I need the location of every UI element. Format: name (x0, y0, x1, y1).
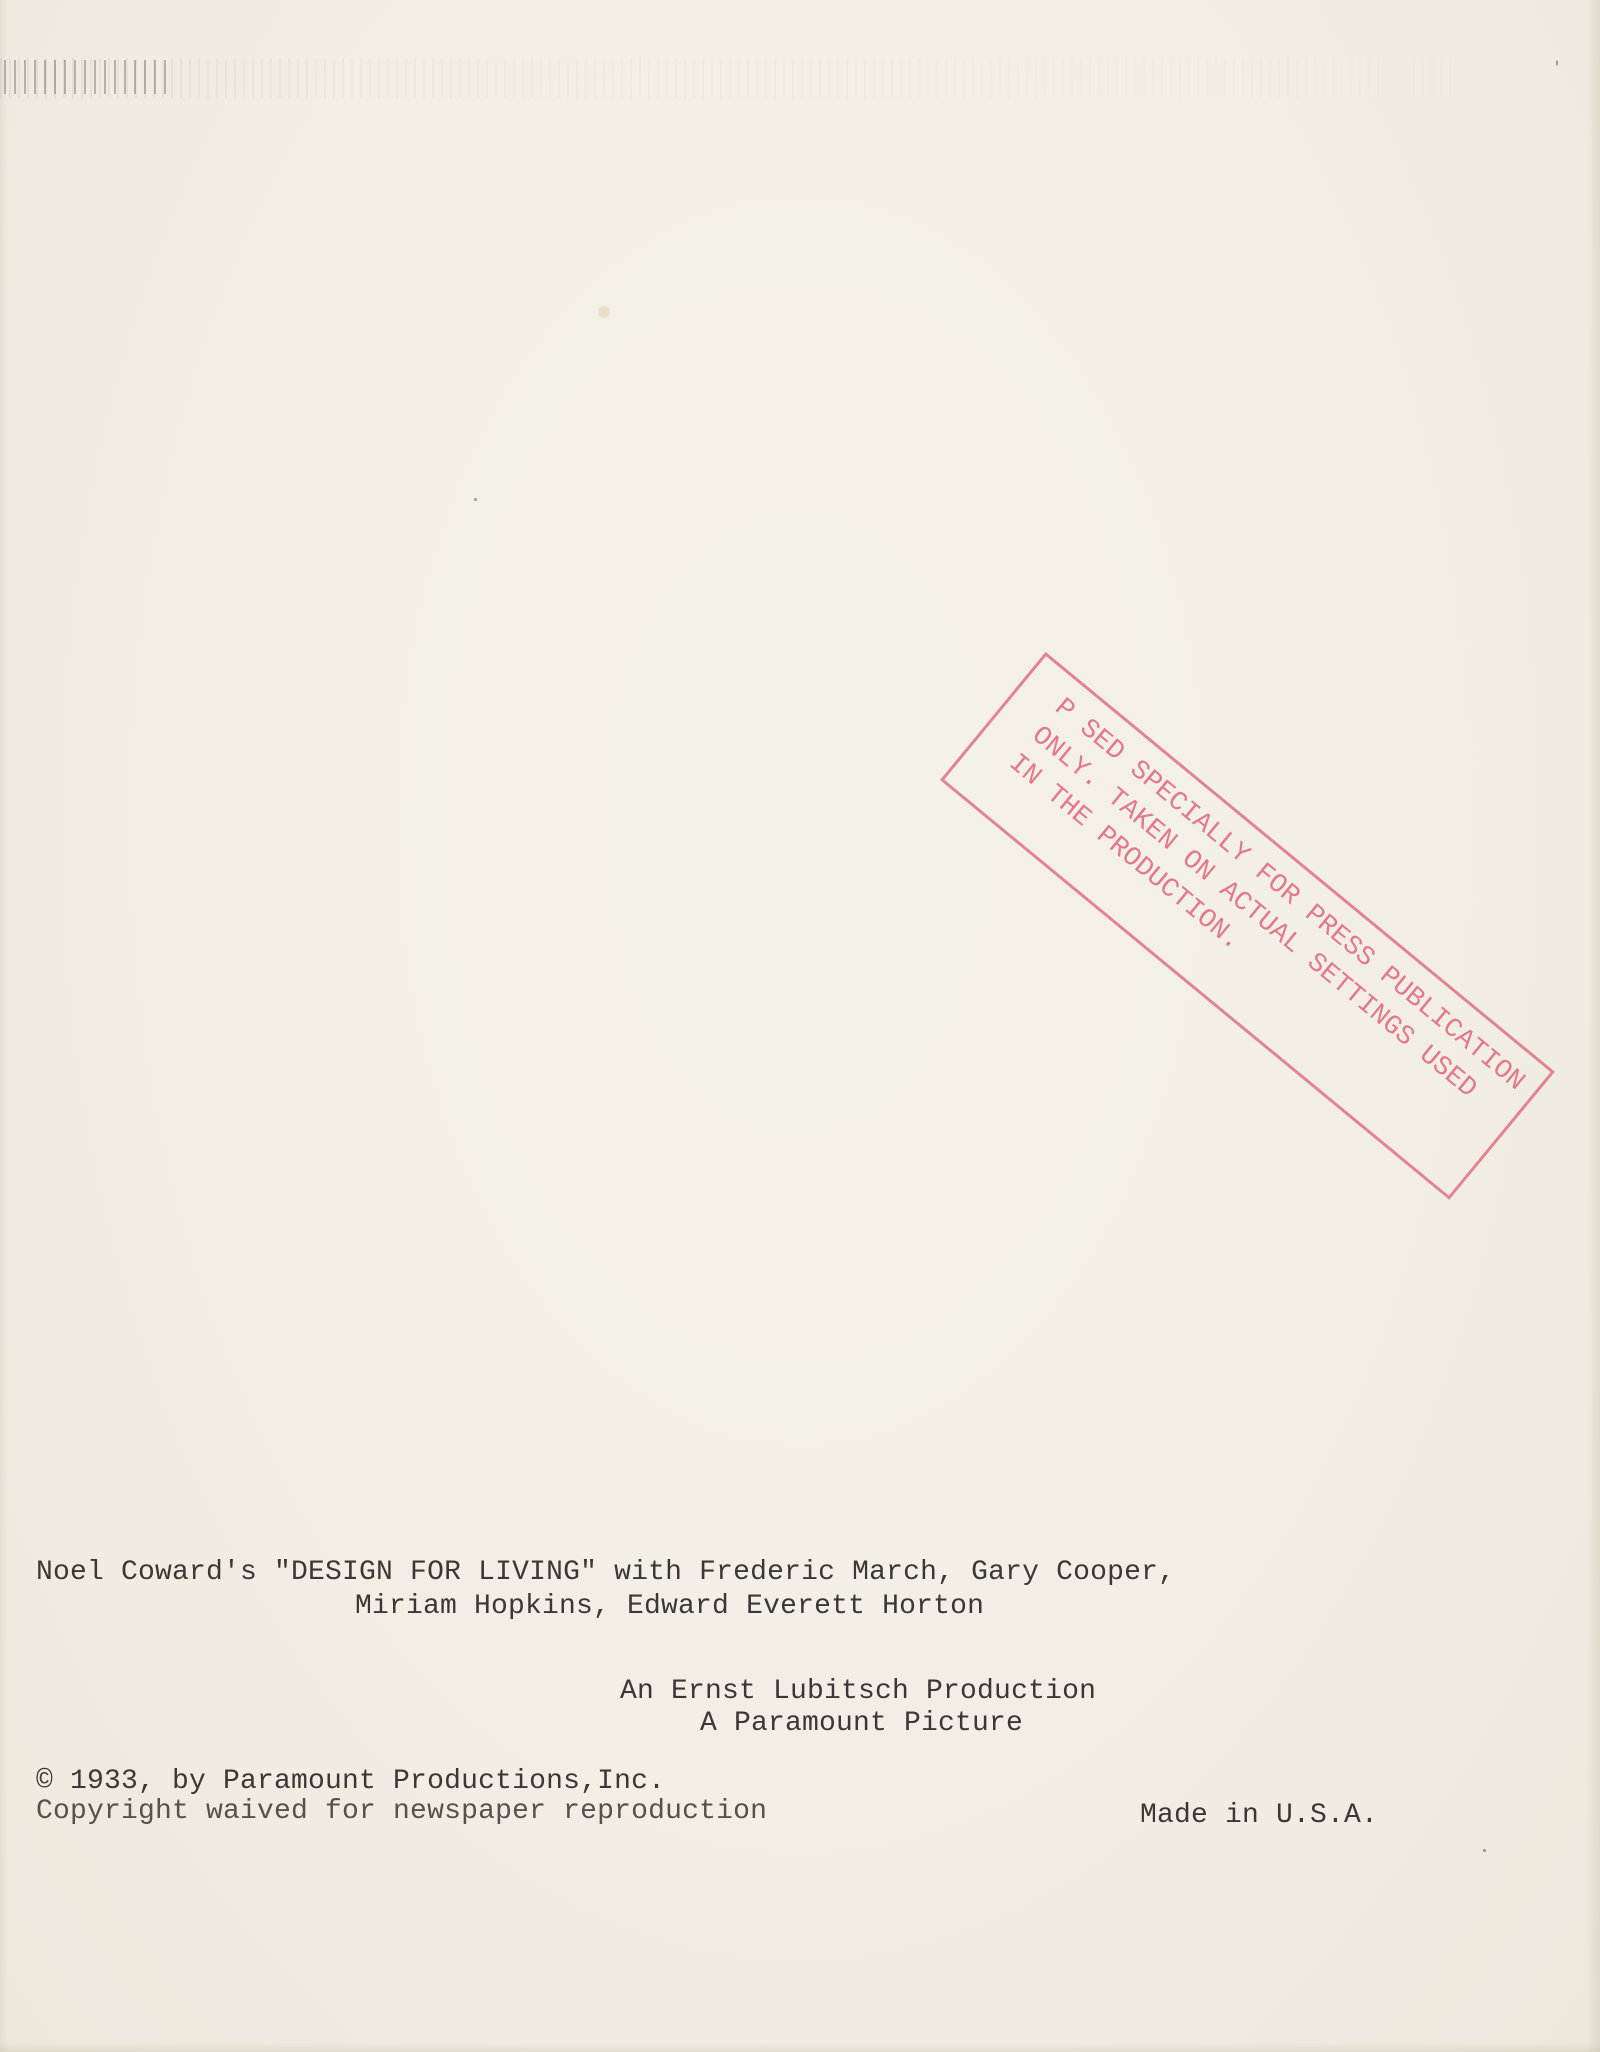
production-line-2: A Paramount Picture (700, 1709, 1023, 1739)
paper-speck (1556, 60, 1558, 66)
paper-stain (598, 306, 610, 318)
paper-edge-right (1586, 0, 1600, 2052)
paper-edge-left (0, 0, 8, 2052)
production-line-1: An Ernst Lubitsch Production (620, 1677, 1096, 1707)
credits-line-1: Noel Coward's "DESIGN FOR LIVING" with F… (36, 1558, 1175, 1588)
copyright-line-2: Copyright waived for newspaper reproduct… (36, 1797, 767, 1827)
show-through-smudge-dark (4, 60, 174, 94)
paper-speck (1483, 1849, 1486, 1852)
paper-edge-bottom (0, 2042, 1600, 2052)
copyright-line-1: © 1933, by Paramount Productions,Inc. (36, 1767, 665, 1797)
paper-speck (474, 498, 477, 501)
credits-line-2: Miriam Hopkins, Edward Everett Horton (355, 1592, 984, 1622)
made-in-usa: Made in U.S.A. (1140, 1801, 1378, 1831)
show-through-smudge (0, 58, 1460, 98)
